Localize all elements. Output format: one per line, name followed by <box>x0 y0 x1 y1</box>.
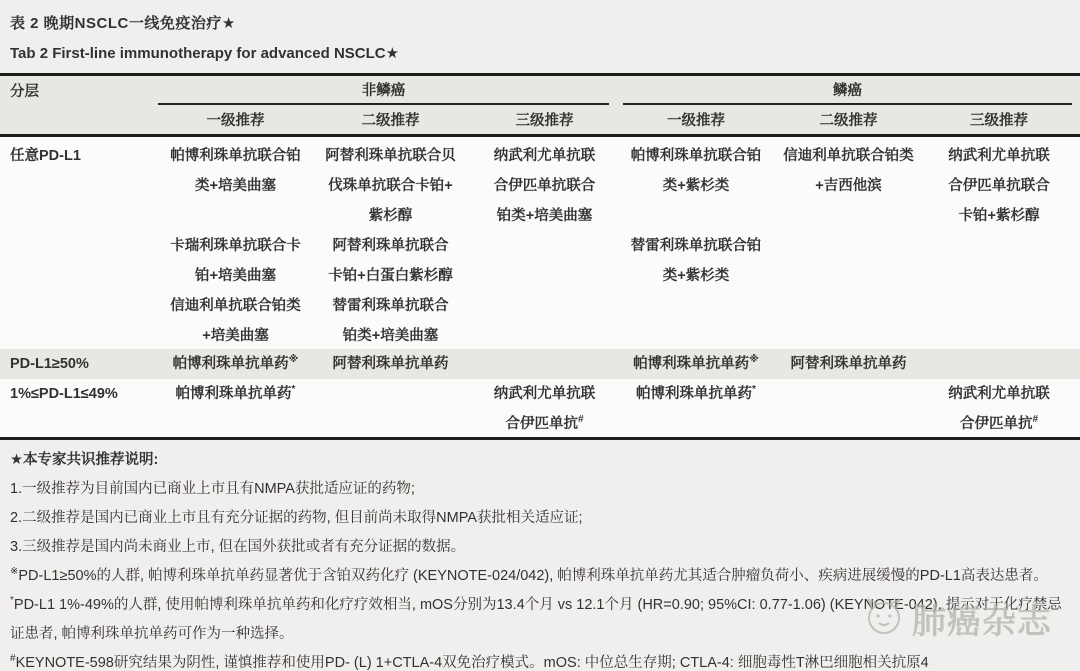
document-page: 表 2 晚期NSCLC一线免疫治疗★ Tab 2 First-line immu… <box>0 0 1080 671</box>
treatment-entry: 帕博利珠单抗单药* <box>158 379 313 409</box>
cell-sq-level3 <box>926 349 1072 379</box>
treatment-entry: 帕博利珠单抗单药※ <box>158 349 313 379</box>
treatment-entry: 纳武利尤单抗联 合伊匹单抗联合 卡铂+紫杉醇 <box>926 141 1072 231</box>
treatment-entry: 阿替利珠单抗联合贝 伐珠单抗联合卡铂+ 紫杉醇 <box>313 141 468 231</box>
footnote-marker: * <box>292 384 296 395</box>
footnote-heading: ★本专家共识推荐说明: <box>10 446 1072 475</box>
table-header: 分层 非鳞癌 鳞癌 一级推荐 二级推荐 三级推荐 一级推荐 二级推荐 三级推荐 <box>0 76 1080 137</box>
row-label: 任意PD-L1 <box>8 141 158 351</box>
footnotes: ★本专家共识推荐说明: 1.一级推荐为目前国内已商业上市且有NMPA获批适应证的… <box>10 446 1072 671</box>
treatment-entry: 卡瑞利珠单抗联合卡 铂+培美曲塞 <box>158 231 313 291</box>
header-group-squamous: 鳞癌 <box>623 76 1072 105</box>
header-sq-level1: 一级推荐 <box>621 105 771 134</box>
cell-sq-level3: 纳武利尤单抗联 合伊匹单抗联合 卡铂+紫杉醇 <box>926 141 1072 351</box>
footnote-item: 2.二级推荐是国内已商业上市且有充分证据的药物, 但目前尚未取得NMPA获批相关… <box>10 504 1072 533</box>
cell-nonsq-level1: 帕博利珠单抗单药※ <box>158 349 313 379</box>
cell-sq-level2: 阿替利珠单抗单药 <box>771 349 926 379</box>
cell-sq-level1: 帕博利珠单抗联合铂 类+紫杉类 替雷利珠单抗联合铂 类+紫杉类 <box>621 141 771 351</box>
cell-nonsq-level1: 帕博利珠单抗联合铂 类+培美曲塞 卡瑞利珠单抗联合卡 铂+培美曲塞 信迪利单抗联… <box>158 141 313 351</box>
footnote-marked: *PD-L1 1%-49%的人群, 使用帕博利珠单抗单药和化疗疗效相当, mOS… <box>10 591 1072 649</box>
header-nonsq-level2: 二级推荐 <box>313 105 468 134</box>
immunotherapy-table: 分层 非鳞癌 鳞癌 一级推荐 二级推荐 三级推荐 一级推荐 二级推荐 三级推荐 … <box>0 73 1080 440</box>
cell-sq-level1: 帕博利珠单抗单药※ <box>621 349 771 379</box>
treatment-entry: 纳武利尤单抗联 合伊匹单抗联合 铂类+培美曲塞 <box>468 141 621 231</box>
footnote-marked: #KEYNOTE-598研究结果为阴性, 谨慎推荐和使用PD- (L) 1+CT… <box>10 649 1072 671</box>
table-title-en: Tab 2 First-line immunotherapy for advan… <box>0 33 1080 62</box>
header-nonsq-level3: 三级推荐 <box>468 105 621 134</box>
footnote-item: 3.三级推荐是国内尚未商业上市, 但在国外获批或者有充分证据的数据。 <box>10 533 1072 562</box>
footnote-marked: ※PD-L1≥50%的人群, 帕博利珠单抗单药显著优于含铂双药化疗 (KEYNO… <box>10 562 1072 591</box>
header-sq-level2: 二级推荐 <box>771 105 926 134</box>
footnote-marker: ※ <box>289 354 299 365</box>
treatment-entry: 信迪利单抗联合铂类 +培美曲塞 <box>158 291 313 351</box>
header-group-nonsquamous: 非鳞癌 <box>158 76 609 105</box>
treatment-entry: 阿替利珠单抗单药 <box>313 349 468 379</box>
treatment-entry: 阿替利珠单抗联合 卡铂+白蛋白紫杉醇 <box>313 231 468 291</box>
cell-nonsq-level2: 阿替利珠单抗单药 <box>313 349 468 379</box>
table-row-pdl1-1to49: 1%≤PD-L1≤49% 帕博利珠单抗单药* 纳武利尤单抗联 合伊匹单抗# 帕博… <box>0 379 1080 437</box>
treatment-entry: 帕博利珠单抗联合铂 类+培美曲塞 <box>158 141 313 201</box>
treatment-entry: 纳武利尤单抗联 合伊匹单抗# <box>468 379 621 439</box>
treatment-entry: 帕博利珠单抗联合铂 类+紫杉类 <box>621 141 771 201</box>
cell-nonsq-level2 <box>313 379 468 439</box>
cell-sq-level2 <box>771 379 926 439</box>
treatment-entry: 纳武利尤单抗联 合伊匹单抗# <box>926 379 1072 439</box>
cell-nonsq-level2: 阿替利珠单抗联合贝 伐珠单抗联合卡铂+ 紫杉醇 阿替利珠单抗联合 卡铂+白蛋白紫… <box>313 141 468 351</box>
treatment-entry: 信迪利单抗联合铂类 +吉西他滨 <box>771 141 926 201</box>
header-stratification: 分层 <box>8 76 158 105</box>
cell-nonsq-level1: 帕博利珠单抗单药* <box>158 379 313 439</box>
treatment-entry: 帕博利珠单抗单药* <box>621 379 771 409</box>
row-label: PD-L1≥50% <box>8 349 158 379</box>
header-nonsq-level1: 一级推荐 <box>158 105 313 134</box>
treatment-entry: 替雷利珠单抗联合铂 类+紫杉类 <box>621 231 771 291</box>
table-row-any-pdl1: 任意PD-L1 帕博利珠单抗联合铂 类+培美曲塞 卡瑞利珠单抗联合卡 铂+培美曲… <box>0 137 1080 349</box>
footnote-marker: # <box>578 414 584 425</box>
cell-nonsq-level3: 纳武利尤单抗联 合伊匹单抗联合 铂类+培美曲塞 <box>468 141 621 351</box>
cell-sq-level3: 纳武利尤单抗联 合伊匹单抗# <box>926 379 1072 439</box>
cell-nonsq-level3 <box>468 349 621 379</box>
cell-sq-level2: 信迪利单抗联合铂类 +吉西他滨 <box>771 141 926 351</box>
header-sq-level3: 三级推荐 <box>926 105 1072 134</box>
treatment-entry: 替雷利珠单抗联合 铂类+培美曲塞 <box>313 291 468 351</box>
cell-nonsq-level3: 纳武利尤单抗联 合伊匹单抗# <box>468 379 621 439</box>
cell-sq-level1: 帕博利珠单抗单药* <box>621 379 771 439</box>
footnote-marker: ※ <box>749 354 759 365</box>
row-label: 1%≤PD-L1≤49% <box>8 379 158 439</box>
footnote-marker: * <box>752 384 756 395</box>
treatment-entry: 阿替利珠单抗单药 <box>771 349 926 379</box>
table-row-pdl1-ge50: PD-L1≥50% 帕博利珠单抗单药※ 阿替利珠单抗单药 帕博利珠单抗单药※ 阿… <box>0 349 1080 379</box>
footnote-marker: # <box>1032 414 1038 425</box>
footnote-item: 1.一级推荐为目前国内已商业上市且有NMPA获批适应证的药物; <box>10 475 1072 504</box>
treatment-entry: 帕博利珠单抗单药※ <box>621 349 771 379</box>
table-title-zh: 表 2 晚期NSCLC一线免疫治疗★ <box>0 0 1080 33</box>
